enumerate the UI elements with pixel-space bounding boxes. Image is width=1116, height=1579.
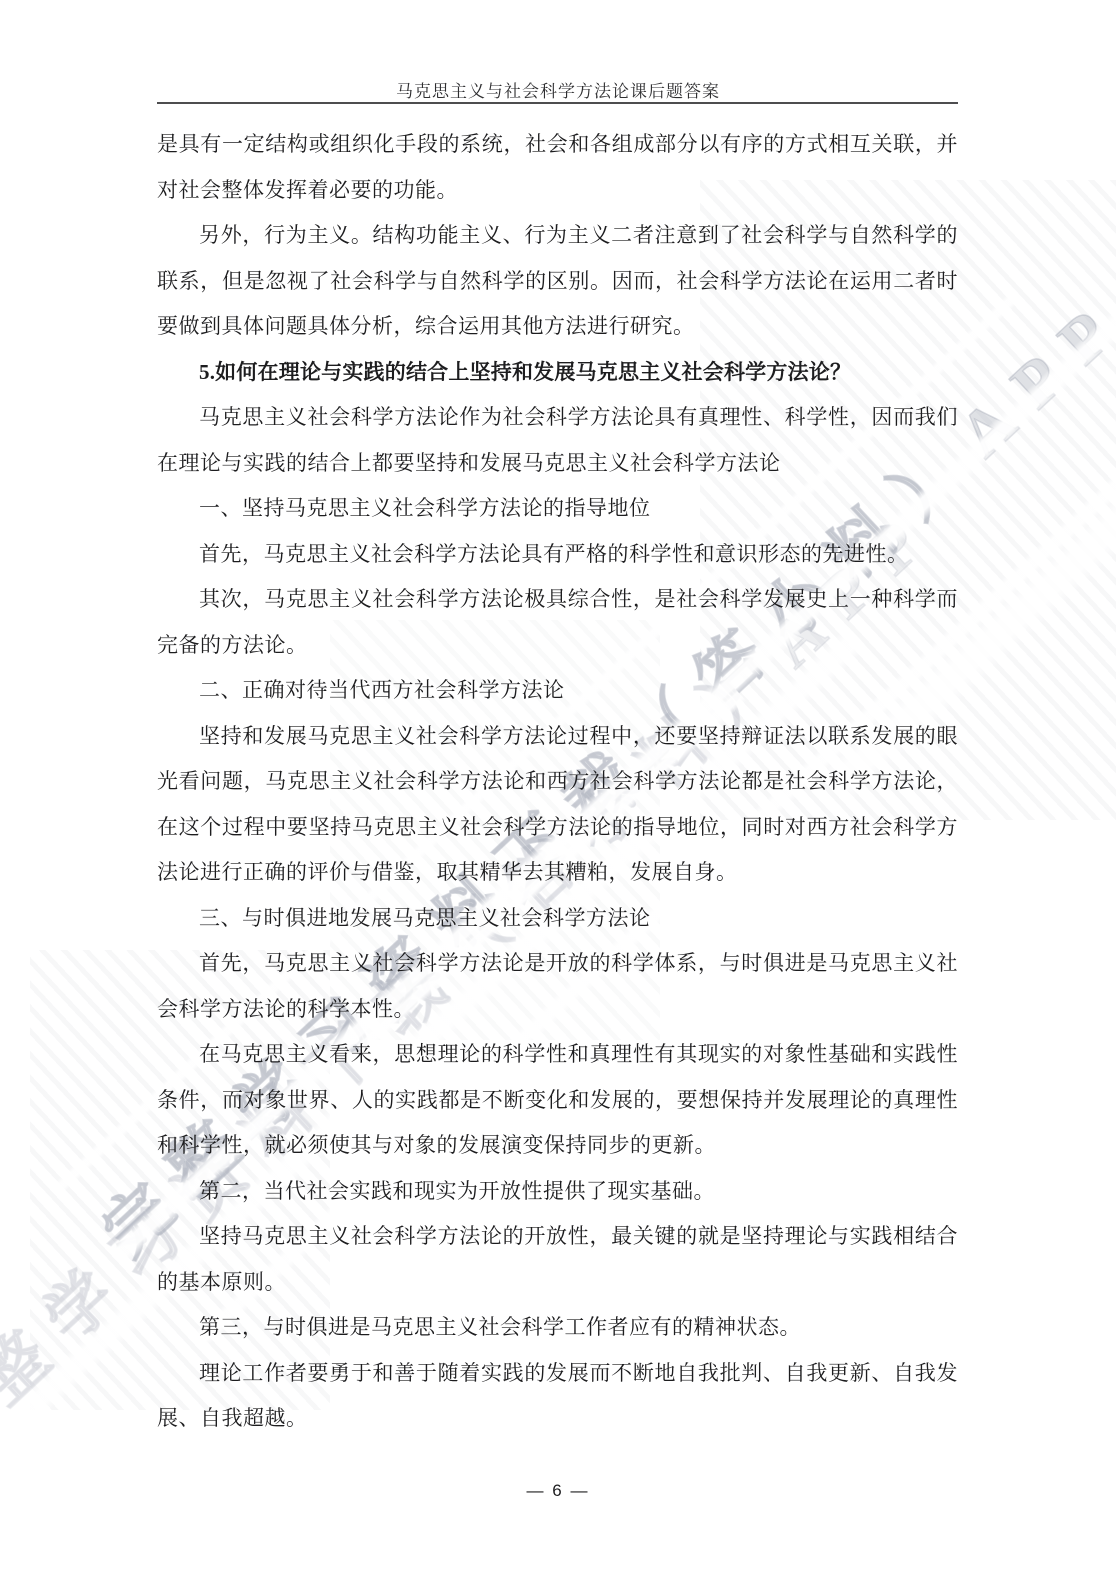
- body-paragraph: 坚持和发展马克思主义社会科学方法论过程中，还要坚持辩证法以联系发展的眼光看问题，…: [157, 714, 958, 896]
- body-paragraph: 第三，与时俱进是马克思主义社会科学工作者应有的精神状态。: [157, 1305, 958, 1351]
- body-paragraph: 坚持马克思主义社会科学方法论的开放性，最关键的就是坚持理论与实践相结合的基本原则…: [157, 1214, 958, 1305]
- question-heading: 5.如何在理论与实践的结合上坚持和发展马克思主义社会科学方法论？: [157, 350, 958, 396]
- header-rule: [157, 102, 958, 104]
- body-paragraph: 一、坚持马克思主义社会科学方法论的指导地位: [157, 486, 958, 532]
- running-header-title: 马克思主义与社会科学方法论课后题答案: [0, 77, 1116, 102]
- body-paragraph: 理论工作者要勇于和善于随着实践的发展而不断地自我批判、自我更新、自我发展、自我超…: [157, 1351, 958, 1442]
- body-paragraph: 首先，马克思主义社会科学方法论具有严格的科学性和意识形态的先进性。: [157, 532, 958, 578]
- body-paragraph: 第二，当代社会实践和现实为开放性提供了现实基础。: [157, 1169, 958, 1215]
- body-paragraph: 另外，行为主义。结构功能主义、行为主义二者注意到了社会科学与自然科学的联系，但是…: [157, 213, 958, 350]
- body-paragraph: 三、与时俱进地发展马克思主义社会科学方法论: [157, 896, 958, 942]
- body-paragraph: 马克思主义社会科学方法论作为社会科学方法论具有真理性、科学性，因而我们在理论与实…: [157, 395, 958, 486]
- document-page: 完整学习资料下载（答小料）APP 完整学习资料下载（答小料）APP 马克思主义与…: [0, 0, 1116, 1579]
- body-paragraph: 在马克思主义看来，思想理论的科学性和真理性有其现实的对象性基础和实践性条件，而对…: [157, 1032, 958, 1169]
- body-paragraph: 其次，马克思主义社会科学方法论极具综合性，是社会科学发展史上一种科学而完备的方法…: [157, 577, 958, 668]
- page-number: — 6 —: [0, 1481, 1116, 1501]
- body-paragraph: 首先，马克思主义社会科学方法论是开放的科学体系，与时俱进是马克思主义社会科学方法…: [157, 941, 958, 1032]
- body-paragraph: 二、正确对待当代西方社会科学方法论: [157, 668, 958, 714]
- document-body: 是具有一定结构或组织化手段的系统，社会和各组成部分以有序的方式相互关联，并对社会…: [157, 122, 958, 1442]
- body-paragraph: 是具有一定结构或组织化手段的系统，社会和各组成部分以有序的方式相互关联，并对社会…: [157, 122, 958, 213]
